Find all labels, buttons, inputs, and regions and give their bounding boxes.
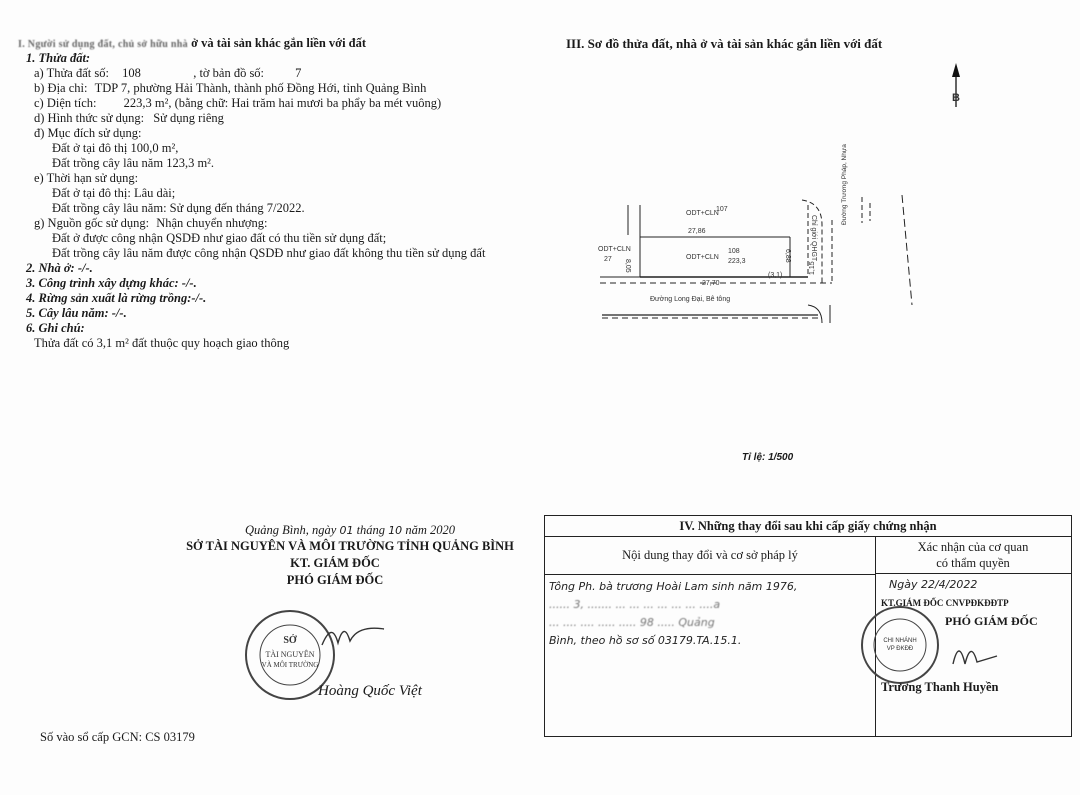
svg-text:ODT+CLN: ODT+CLN <box>598 246 631 253</box>
svg-text:6,88: 6,88 <box>784 249 791 263</box>
issuer-kt: KT. GIÁM ĐỐC <box>130 556 540 571</box>
date-month: 10 <box>388 524 402 537</box>
svg-text:(3,1): (3,1) <box>768 272 782 279</box>
origin-label: g) Nguồn gốc sử dụng: <box>34 216 149 230</box>
place-date-prefix: Quảng Bình, ngày <box>245 523 336 537</box>
issuer-role: PHÓ GIÁM ĐỐC <box>130 573 540 588</box>
other-construction-item: 3. Công trình xây dựng khác: -/-. <box>26 276 197 291</box>
parcel-title: 1. Thửa đất: <box>26 51 90 66</box>
svg-text:223,3: 223,3 <box>728 258 746 265</box>
parcel-diagram-title: III. Sơ đồ thửa đất, nhà ở và tài sản kh… <box>566 36 882 51</box>
change-entry-line: Tông Ph. bà trương Hoài Lam sinh năm 197… <box>549 580 797 593</box>
notes-title: 6. Ghi chú: <box>26 321 85 336</box>
term-urban: Đất ở tại đô thị: Lâu dài; <box>52 186 175 201</box>
north-arrow-icon: B <box>952 63 960 107</box>
confirm-stamp: CHI NHÁNH VP ĐKĐĐ <box>855 600 945 690</box>
svg-text:8,05: 8,05 <box>624 259 631 273</box>
origin-value: Nhận chuyển nhượng: <box>152 216 267 230</box>
signature-mark-icon <box>318 615 388 655</box>
forest-item: 4. Rừng sản xuất là rừng trồng:-/-. <box>26 291 206 306</box>
svg-text:27: 27 <box>604 256 612 263</box>
issuer-org: SỞ TÀI NGUYÊN VÀ MÔI TRƯỜNG TỈNH QUẢNG B… <box>160 539 540 554</box>
svg-text:SỞ: SỞ <box>283 634 297 646</box>
svg-text:27,86: 27,86 <box>688 228 706 235</box>
gcn-register-number: Số vào sổ cấp GCN: CS 03179 <box>40 730 195 745</box>
change-content-cell: Tông Ph. bà trương Hoài Lam sinh năm 197… <box>545 574 876 736</box>
svg-text:Đường Long Đại, Bê tông: Đường Long Đại, Bê tông <box>650 296 730 303</box>
area-label: c) Diện tích: <box>34 96 96 110</box>
svg-text:108: 108 <box>728 248 740 255</box>
svg-text:1,15: 1,15 <box>809 261 816 275</box>
svg-text:ODT+CLN: ODT+CLN <box>686 210 719 217</box>
change-entry-line: ... .... .... ..... ..... 98 ..... Quảng <box>549 616 715 629</box>
col-header-content: Nội dung thay đổi và cơ sở pháp lý <box>545 536 876 575</box>
changes-table: IV. Những thay đổi sau khi cấp giấy chứn… <box>544 515 1072 737</box>
purpose-label: đ) Mục đích sử dụng: <box>34 126 141 141</box>
col2-line1: Xác nhận của cơ quan <box>875 539 1071 555</box>
date-day: 01 <box>339 524 353 537</box>
perennial-tree-item: 5. Cây lâu năm: -/-. <box>26 306 127 321</box>
svg-text:CHI NHÁNH: CHI NHÁNH <box>883 637 916 644</box>
svg-text:TÀI NGUYÊN: TÀI NGUYÊN <box>265 649 314 659</box>
svg-text:Chỉ giới QHGT: Chỉ giới QHGT <box>810 215 818 262</box>
area-value: 223,3 m², (bằng chữ: Hai trăm hai mươi b… <box>100 96 442 110</box>
map-sheet-label: , tờ bản đồ số: <box>193 66 264 80</box>
changes-title: IV. Những thay đổi sau khi cấp giấy chứn… <box>545 516 1071 537</box>
address-value: TDP 7, phường Hải Thành, thành phố Đồng … <box>91 81 427 95</box>
signer-name: Hoàng Quốc Việt <box>318 683 422 700</box>
svg-text:Đường Trương Pháp, Nhựa: Đường Trương Pháp, Nhựa <box>841 144 848 225</box>
map-sheet-number: 7 <box>267 66 301 80</box>
parcel-diagram: B ODT+CLN107 27,86 <box>590 55 1050 475</box>
origin-urban: Đất ở được công nhận QSDĐ như giao đất c… <box>52 231 386 246</box>
change-entry-line: Bình, theo hồ sơ số 03179.TA.15.1. <box>549 634 741 647</box>
issuer-signature-block: Quảng Bình, ngày 01 tháng 10 năm 2020 SỞ… <box>160 523 540 588</box>
confirmation-cell: Ngày 22/4/2022 KT.GIÁM ĐỐC CNVPĐKĐĐTP PH… <box>875 574 1071 736</box>
svg-text:27,70: 27,70 <box>702 280 720 287</box>
heading-prefix: I. Người sử dụng đất, chủ sở hữu nhà <box>18 39 188 50</box>
term-perennial: Đất trồng cây lâu năm: Sử dụng đến tháng… <box>52 201 305 216</box>
confirm-role: PHÓ GIÁM ĐỐC <box>945 614 1038 629</box>
section-heading: I. Người sử dụng đất, chủ sở hữu nhà ở v… <box>18 36 366 52</box>
term-label: e) Thời hạn sử dụng: <box>34 171 138 186</box>
date-month-label: tháng <box>357 523 385 537</box>
change-entry-line: ...... 3, ....... ... ... ... ... ... ..… <box>549 598 720 611</box>
place-date: Quảng Bình, ngày 01 tháng 10 năm 2020 <box>160 523 540 538</box>
svg-text:B: B <box>952 92 960 104</box>
svg-text:VÀ MÔI TRƯỜNG: VÀ MÔI TRƯỜNG <box>262 661 319 669</box>
parcel-number: 108 <box>112 66 190 81</box>
area-row: c) Diện tích: 223,3 m², (bằng chữ: Hai t… <box>34 96 441 111</box>
parcel-number-label: a) Thửa đất số: <box>34 66 109 80</box>
origin-perennial: Đất trồng cây lâu năm được công nhận QSD… <box>52 246 485 261</box>
purpose-urban: Đất ở tại đô thị 100,0 m², <box>52 141 178 156</box>
col-header-confirmation: Xác nhận của cơ quan có thẩm quyền <box>875 536 1071 574</box>
usage-form-value: Sử dụng riêng <box>147 111 224 125</box>
heading-text: ở và tài sản khác gắn liền với đất <box>191 36 366 50</box>
notes-text: Thửa đất có 3,1 m² đất thuộc quy hoạch g… <box>34 336 289 351</box>
origin-row: g) Nguồn gốc sử dụng: Nhận chuyển nhượng… <box>34 216 268 231</box>
svg-text:VP ĐKĐĐ: VP ĐKĐĐ <box>887 646 914 652</box>
date-year: năm 2020 <box>405 523 455 537</box>
map-scale: Tỉ lệ: 1/500 <box>742 450 793 465</box>
confirm-signer: Trương Thanh Huyền <box>881 680 998 695</box>
purpose-perennial: Đất trồng cây lâu năm 123,3 m². <box>52 156 214 171</box>
svg-text:ODT+CLN: ODT+CLN <box>686 254 719 261</box>
usage-form-row: d) Hình thức sử dụng: Sử dụng riêng <box>34 111 224 126</box>
svg-text:107: 107 <box>716 206 728 213</box>
col2-line2: có thẩm quyền <box>875 555 1071 571</box>
parcel-number-row: a) Thửa đất số: 108 , tờ bản đồ số: 7 <box>34 66 301 81</box>
house-item: 2. Nhà ở: -/-. <box>26 261 93 276</box>
address-label: b) Địa chỉ: <box>34 81 87 95</box>
address-row: b) Địa chỉ: TDP 7, phường Hải Thành, thà… <box>34 81 426 96</box>
confirm-signature-icon <box>947 634 1007 674</box>
confirm-date: Ngày 22/4/2022 <box>889 578 977 591</box>
usage-form-label: d) Hình thức sử dụng: <box>34 111 144 125</box>
parcel-map-svg: B ODT+CLN107 27,86 <box>590 55 1050 475</box>
